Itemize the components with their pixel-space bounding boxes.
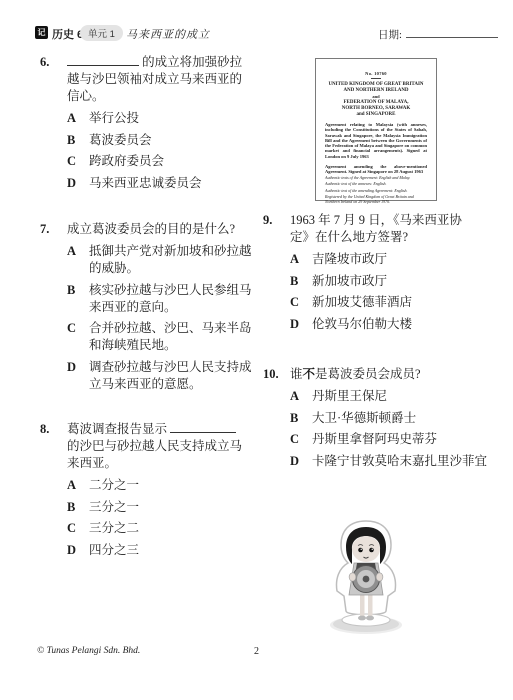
- question-number: 10.: [263, 366, 290, 383]
- option-letter: A: [67, 110, 89, 127]
- treaty-note: Authentic text of the amending Agreement…: [325, 189, 427, 194]
- option-c: C 三分之二: [67, 520, 262, 537]
- option-letter: D: [290, 316, 312, 333]
- treaty-note: Authentic text of the annexes: English.: [325, 182, 427, 187]
- blank-line: [67, 54, 139, 66]
- treaty-note: Registered by the United Kingdom of Grea…: [325, 195, 427, 205]
- option-b: B 三分之一: [67, 499, 262, 516]
- option-letter: C: [290, 294, 312, 311]
- treaty-paragraph: Agreement relating to Malaysia (with ann…: [325, 122, 427, 159]
- option-text: 核实砂拉越与沙巴人民参组马来西亚的意向。: [89, 282, 262, 316]
- option-text: 跨政府委员会: [89, 153, 262, 170]
- option-text: 伦敦马尔伯勒大楼: [312, 316, 491, 333]
- option-text: 合并砂拉越、沙巴、马来半岛和海峡殖民地。: [89, 320, 262, 354]
- question-9: 9. 1963 年 7 月 9 日，《马来西亚协定》在什么地方签署? A 吉隆坡…: [263, 212, 491, 333]
- option-d: D 卡隆宁甘敦莫哈末嘉扎里沙菲宜: [290, 453, 495, 470]
- date-field: 日期:: [378, 27, 498, 42]
- option-letter: A: [67, 477, 89, 494]
- option-text: 三分之二: [89, 520, 262, 537]
- question-6: 6. 的成立将加强砂拉越与沙巴领袖对成立马来西亚的信心。 A 举行公投 B 葛波…: [40, 54, 262, 192]
- question-number: 7.: [40, 221, 67, 238]
- page-number: 2: [0, 646, 513, 657]
- option-d: D 伦敦马尔伯勒大楼: [290, 316, 491, 333]
- option-letter: B: [290, 410, 312, 427]
- option-b: B 大卫·华德斯顿爵士: [290, 410, 495, 427]
- option-d: D 四分之三: [67, 542, 262, 559]
- option-text: 举行公投: [89, 110, 262, 127]
- option-text: 调查砂拉越与沙巴人民支持成立马来西亚的意愿。: [89, 359, 262, 393]
- option-c: C 新加坡艾德菲酒店: [290, 294, 491, 311]
- option-letter: D: [290, 453, 312, 470]
- divider: [371, 78, 381, 79]
- treaty-party-line: and SINGAPORE: [325, 112, 427, 118]
- option-letter: C: [67, 153, 89, 170]
- unit-title: 马来西亚的成立: [126, 26, 210, 42]
- option-a: A 抵御共产党对新加坡和砂拉越的威胁。: [67, 243, 262, 277]
- option-c: C 合并砂拉越、沙巴、马来半岛和海峡殖民地。: [67, 320, 262, 354]
- series-logo-icon: 记: [35, 26, 48, 39]
- question-number: 9.: [263, 212, 290, 246]
- option-letter: A: [290, 388, 312, 405]
- option-text: 丹斯里王保尼: [312, 388, 495, 405]
- option-text: 二分之一: [89, 477, 262, 494]
- page-header: 记 历史 6A 单元 1 马来西亚的成立 日期:: [0, 24, 513, 44]
- option-text: 四分之三: [89, 542, 262, 559]
- question-stem: 成立葛波委员会的目的是什么?: [67, 221, 249, 238]
- question-8: 8. 葛波调查报告显示 的沙巴与砂拉越人民支持成立马来西亚。 A 二分之一 B …: [40, 421, 262, 559]
- question-number: 6.: [40, 54, 67, 105]
- option-letter: C: [67, 520, 89, 537]
- treaty-paragraph: Agreement amending the above-mentioned A…: [325, 164, 427, 175]
- option-a: A 吉隆坡市政厅: [290, 251, 491, 268]
- option-letter: B: [67, 282, 89, 316]
- treaty-note: Authentic texts of the Agreement: Englis…: [325, 176, 427, 181]
- unit-badge: 单元 1: [80, 25, 123, 41]
- option-c: C 跨政府委员会: [67, 153, 262, 170]
- option-b: B 葛波委员会: [67, 132, 262, 149]
- option-d: D 马来西亚忠诚委员会: [67, 175, 262, 192]
- option-text: 吉隆坡市政厅: [312, 251, 491, 268]
- option-d: D 调查砂拉越与沙巴人民支持成立马来西亚的意愿。: [67, 359, 262, 393]
- option-text: 新加坡艾德菲酒店: [312, 294, 491, 311]
- bolded-word: 不: [303, 367, 316, 381]
- treaty-document-figure: No. 10760 UNITED KINGDOM OF GREAT BRITAI…: [315, 58, 437, 201]
- option-c: C 丹斯里拿督阿玛史蒂芬: [290, 431, 495, 448]
- option-a: A 丹斯里王保尼: [290, 388, 495, 405]
- option-a: A 举行公投: [67, 110, 262, 127]
- option-text: 三分之一: [89, 499, 262, 516]
- option-a: A 二分之一: [67, 477, 262, 494]
- question-number: 8.: [40, 421, 67, 472]
- option-letter: D: [67, 359, 89, 393]
- question-stem: 葛波调查报告显示: [67, 422, 167, 436]
- option-letter: D: [67, 175, 89, 192]
- treaty-number: No. 10760: [325, 71, 427, 76]
- question-7: 7. 成立葛波委员会的目的是什么? A 抵御共产党对新加坡和砂拉越的威胁。 B …: [40, 221, 262, 393]
- option-text: 大卫·华德斯顿爵士: [312, 410, 495, 427]
- option-letter: B: [67, 499, 89, 516]
- option-letter: D: [67, 542, 89, 559]
- blank-line: [170, 421, 236, 433]
- date-label: 日期:: [378, 30, 402, 41]
- option-text: 葛波委员会: [89, 132, 262, 149]
- question-10: 10. 谁不是葛波委员会成员? A 丹斯里王保尼 B 大卫·华德斯顿爵士 C 丹…: [263, 366, 495, 470]
- option-text: 新加坡市政厅: [312, 273, 491, 290]
- option-letter: B: [67, 132, 89, 149]
- question-stem: 的沙巴与砂拉越人民支持成立马来西亚。: [67, 439, 242, 470]
- option-b: B 核实砂拉越与沙巴人民参组马来西亚的意向。: [67, 282, 262, 316]
- option-letter: B: [290, 273, 312, 290]
- option-text: 马来西亚忠诚委员会: [89, 175, 262, 192]
- date-blank-line: [406, 28, 498, 38]
- option-text: 丹斯里拿督阿玛史蒂芬: [312, 431, 495, 448]
- question-stem: 1963 年 7 月 9 日，《马来西亚协定》在什么地方签署?: [290, 212, 472, 246]
- option-letter: A: [290, 251, 312, 268]
- question-stem: 谁不是葛波委员会成员?: [290, 366, 472, 383]
- option-text: 卡隆宁甘敦莫哈末嘉扎里沙菲宜: [312, 453, 495, 470]
- mascot-girl-illustration: [324, 519, 408, 637]
- option-letter: C: [67, 320, 89, 354]
- option-letter: C: [290, 431, 312, 448]
- option-text: 抵御共产党对新加坡和砂拉越的威胁。: [89, 243, 262, 277]
- option-b: B 新加坡市政厅: [290, 273, 491, 290]
- option-letter: A: [67, 243, 89, 277]
